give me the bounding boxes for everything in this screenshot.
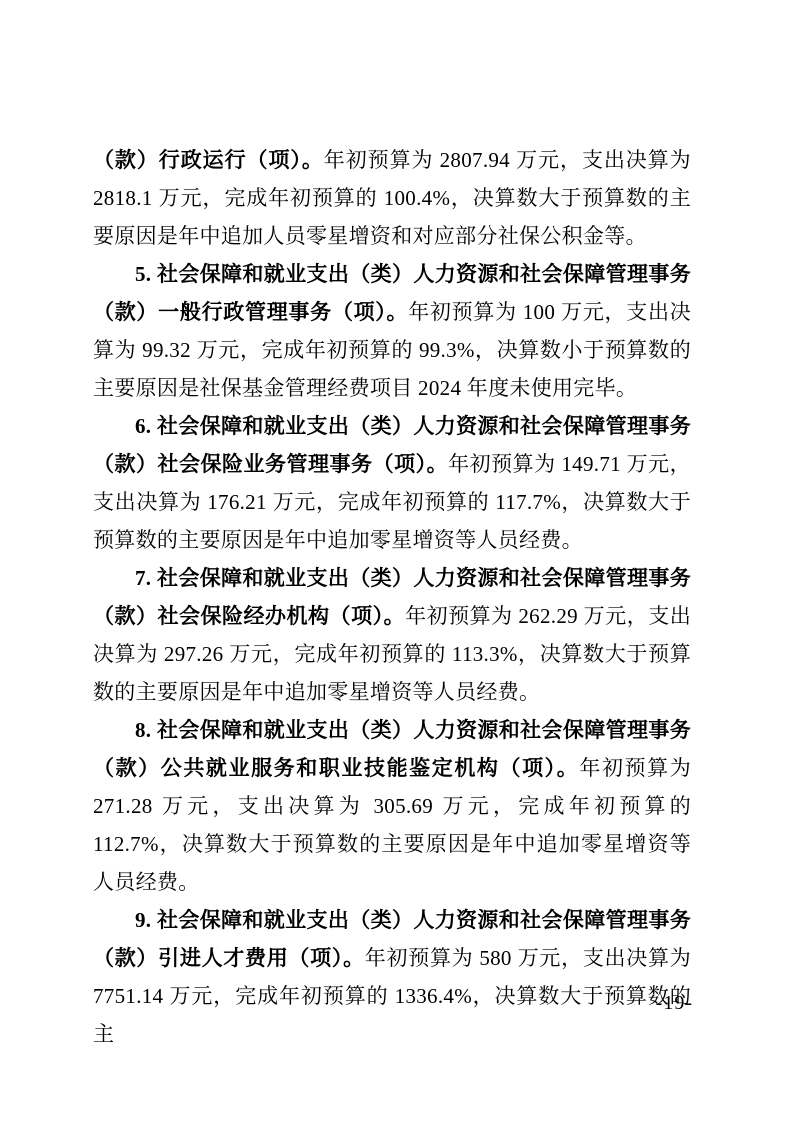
budget-item-paragraph-7: 7. 社会保障和就业支出（类）人力资源和社会保障管理事务（款）社会保险经办机构（… [93, 559, 691, 711]
budget-item-paragraph-6: 6. 社会保障和就业支出（类）人力资源和社会保障管理事务（款）社会保险业务管理事… [93, 407, 691, 559]
document-page: （款）行政运行（项）。年初预算为 2807.94 万元，支出决算为 2818.1… [0, 0, 793, 1122]
document-body: （款）行政运行（项）。年初预算为 2807.94 万元，支出决算为 2818.1… [93, 141, 691, 1053]
budget-item-paragraph-continuation: （款）行政运行（项）。年初预算为 2807.94 万元，支出决算为 2818.1… [93, 141, 691, 255]
page-number: -19- [656, 988, 693, 1018]
paragraph-heading: （款）行政运行（项）。 [93, 148, 324, 172]
budget-item-paragraph-9: 9. 社会保障和就业支出（类）人力资源和社会保障管理事务（款）引进人才费用（项）… [93, 901, 691, 1053]
budget-item-paragraph-8: 8. 社会保障和就业支出（类）人力资源和社会保障管理事务（款）公共就业服务和职业… [93, 711, 691, 901]
budget-item-paragraph-5: 5. 社会保障和就业支出（类）人力资源和社会保障管理事务（款）一般行政管理事务（… [93, 255, 691, 407]
